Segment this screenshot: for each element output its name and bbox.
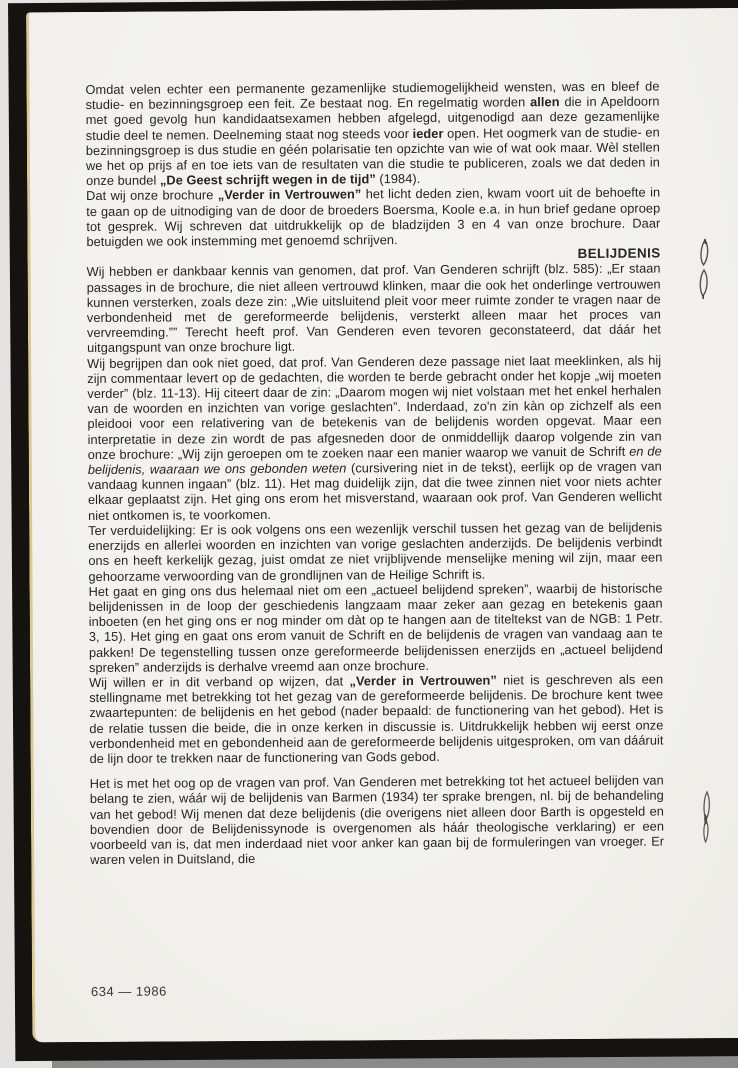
- text-run: „Verder in Vertrouwen”: [349, 672, 496, 688]
- paragraph: Wij begrijpen dan ook niet goed, dat pro…: [87, 352, 662, 523]
- text-run: Wij begrijpen dan ook niet goed, dat pro…: [87, 352, 662, 462]
- paragraph: Omdat velen echter een permanente gezame…: [85, 78, 660, 188]
- scan-background: Omdat velen echter een permanente gezame…: [0, 0, 738, 1068]
- text-run: Het gaat en ging ons dus helemaal niet o…: [89, 580, 663, 675]
- text-run: Dat wij onze brochure: [86, 188, 218, 204]
- staple-bottom-icon: [698, 790, 718, 852]
- paragraph: Wij hebben er dankbaar kennis van genome…: [87, 261, 662, 356]
- paragraph: Het gaat en ging ons dus helemaal niet o…: [89, 580, 664, 675]
- text-run: (1984).: [376, 171, 421, 186]
- paragraph: Dat wij onze brochure „Verder in Vertrou…: [86, 185, 660, 249]
- text-run: Wij hebben er dankbaar kennis van genome…: [87, 261, 661, 356]
- text-run: BELIJDENIS: [578, 246, 661, 262]
- page-footer: 634 — 1986: [91, 984, 167, 999]
- paragraph: Ter verduidelijking: Er is ook volgens o…: [88, 519, 662, 583]
- paragraph: Wij willen er in dit verband op wijzen, …: [89, 671, 664, 766]
- text-run: „Verder in Vertrouwen”: [218, 187, 362, 203]
- text-run: Het is met het oog op de vragen van prof…: [90, 773, 664, 868]
- text-run: ieder: [413, 125, 444, 140]
- text-run: „De Geest schrijft wegen in de tijd”: [160, 171, 376, 187]
- text-run: Wij willen er in dit verband op wijzen, …: [89, 673, 349, 690]
- scanned-page: Omdat velen echter een permanente gezame…: [26, 8, 738, 1042]
- document-body: Omdat velen echter een permanente gezame…: [85, 78, 664, 867]
- text-run: allen: [530, 94, 560, 109]
- paragraph: Het is met het oog op de vragen van prof…: [90, 773, 665, 868]
- staple-top-icon: [694, 238, 716, 300]
- text-run: Ter verduidelijking: Er is ook volgens o…: [88, 519, 662, 583]
